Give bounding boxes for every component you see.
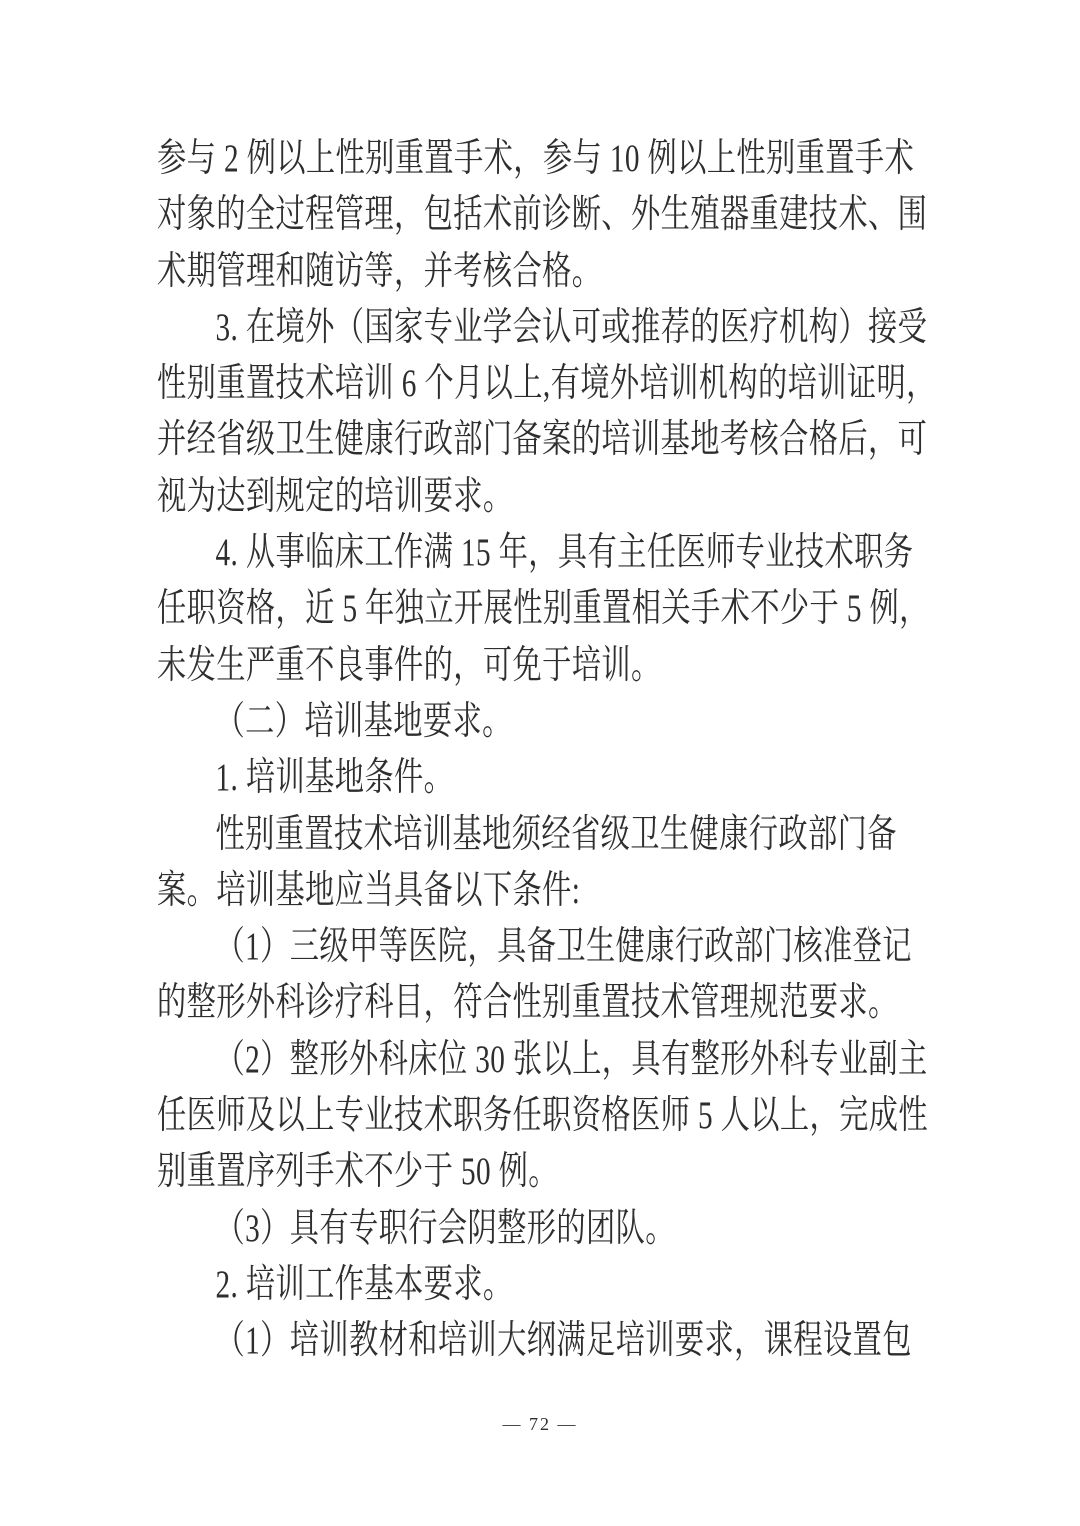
- text-line: 未发生严重不良事件的，可免于培训。: [157, 638, 937, 694]
- text-line: 对象的全过程管理，包括术前诊断、外生殖器重建技术、围: [157, 187, 937, 243]
- text-line: 别重置序列手术不少于 50 例。: [157, 1144, 937, 1200]
- text-line: 4. 从事临床工作满 15 年，具有主任医师专业技术职务: [157, 525, 937, 581]
- text-line: 术期管理和随访等，并考核合格。: [157, 244, 937, 300]
- text-line: 任职资格，近 5 年独立开展性别重置相关手术不少于 5 例，: [157, 581, 937, 637]
- document-text-block: 参与 2 例以上性别重置手术，参与 10 例以上性别重置手术对象的全过程管理，包…: [157, 131, 937, 1370]
- text-line: 性别重置技术培训基地须经省级卫生健康行政部门备: [157, 807, 937, 863]
- text-line: （二）培训基地要求。: [157, 694, 937, 750]
- text-line: 性别重置技术培训 6 个月以上,有境外培训机构的培训证明，: [157, 356, 937, 412]
- text-line: 3. 在境外（国家专业学会认可或推荐的医疗机构）接受: [157, 300, 937, 356]
- text-line: （2）整形外科床位 30 张以上，具有整形外科专业副主: [157, 1032, 937, 1088]
- document-page: 参与 2 例以上性别重置手术，参与 10 例以上性别重置手术对象的全过程管理，包…: [0, 0, 1080, 1526]
- text-line: 2. 培训工作基本要求。: [157, 1257, 937, 1313]
- page-number: — 72 —: [0, 1414, 1080, 1435]
- text-line: 案。培训基地应当具备以下条件:: [157, 863, 937, 919]
- text-line: （1）三级甲等医院，具备卫生健康行政部门核准登记: [157, 919, 937, 975]
- text-line: 视为达到规定的培训要求。: [157, 469, 937, 525]
- text-line: 1. 培训基地条件。: [157, 750, 937, 806]
- text-line: 并经省级卫生健康行政部门备案的培训基地考核合格后，可: [157, 412, 937, 468]
- text-line: 任医师及以上专业技术职务任职资格医师 5 人以上，完成性: [157, 1088, 937, 1144]
- text-line: （1）培训教材和培训大纲满足培训要求，课程设置包: [157, 1313, 937, 1369]
- text-line: 的整形外科诊疗科目，符合性别重置技术管理规范要求。: [157, 975, 937, 1031]
- text-line: （3）具有专职行会阴整形的团队。: [157, 1201, 937, 1257]
- text-line: 参与 2 例以上性别重置手术，参与 10 例以上性别重置手术: [157, 131, 937, 187]
